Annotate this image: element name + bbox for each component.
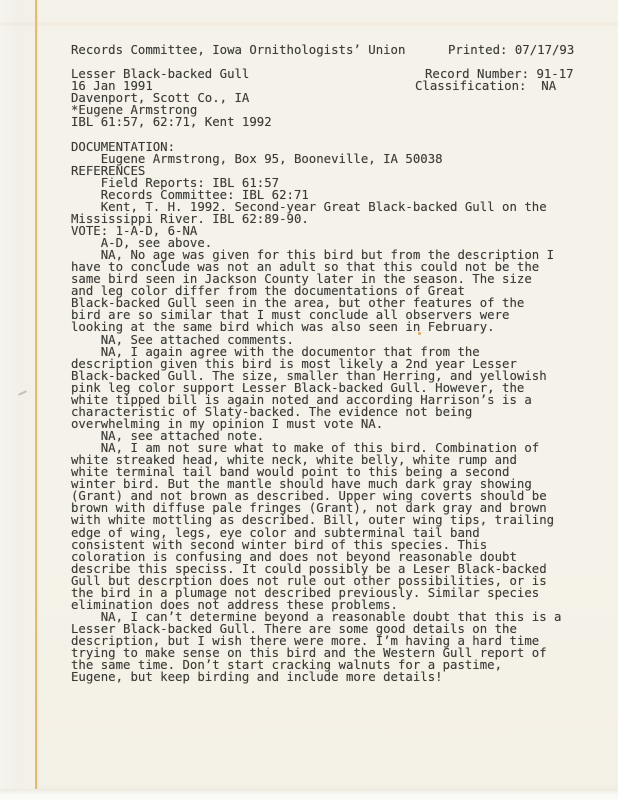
document-line: description given this bird is most like… [71,358,561,370]
printed-label: Printed: [448,43,507,57]
document-line: describe this speciss. It could possibly… [71,563,561,575]
document-header: Records Committee, Iowa Ornithologists’ … [71,44,405,128]
document-line: looking at the same bird which was also … [71,321,561,333]
header-line-citations: IBL 61:57, 62:71, Kent 1992 [71,116,405,128]
document-line: NA, See attached comments. [71,334,561,346]
document-body: DOCUMENTATION: Eugene Armstrong, Box 95,… [71,141,561,684]
document-line: Gull but descrption does not rule out ot… [71,575,561,587]
header-line-committee: Records Committee, Iowa Ornithologists’ … [71,44,405,56]
ibl-citations: IBL 61:57, 62:71, Kent 1992 [71,115,272,129]
printed-date: Printed:07/17/93 [448,44,574,56]
document-line: NA, I again agree with the documentor th… [71,346,561,358]
classification-label: Classification: [415,79,526,93]
document-line: Eugene Armstrong, Box 95, Booneville, IA… [71,153,561,165]
document-line: Field Reports: IBL 61:57 [71,177,561,189]
document-line: Black-backed Gull. The size, smaller tha… [71,370,561,382]
classification-value: NA [541,79,556,93]
page-fold-line [35,0,37,789]
printed-value: 07/17/93 [515,43,574,57]
document-line: consistent with second winter bird of th… [71,539,561,551]
document-line: coloration is confusing and does not bey… [71,551,561,563]
document-line: pink leg color support Lesser Black-back… [71,382,561,394]
scanned-document-page: Records Committee, Iowa Ornithologists’ … [0,0,618,800]
page-bottom-edge [0,789,618,800]
document-line: Eugene, but keep birding and include mor… [71,671,561,683]
document-line: Records Committee: IBL 62:71 [71,189,561,201]
document-line: edge of wing, legs, eye color and subter… [71,527,561,539]
document-line: REFERENCES [71,165,561,177]
paper-crease [0,22,618,26]
document-line: DOCUMENTATION: [71,141,561,153]
document-line: with white mottling as described. Bill, … [71,514,561,526]
classification: Classification:NA [415,80,556,92]
committee-title: Records Committee, Iowa Ornithologists’ … [71,43,405,57]
